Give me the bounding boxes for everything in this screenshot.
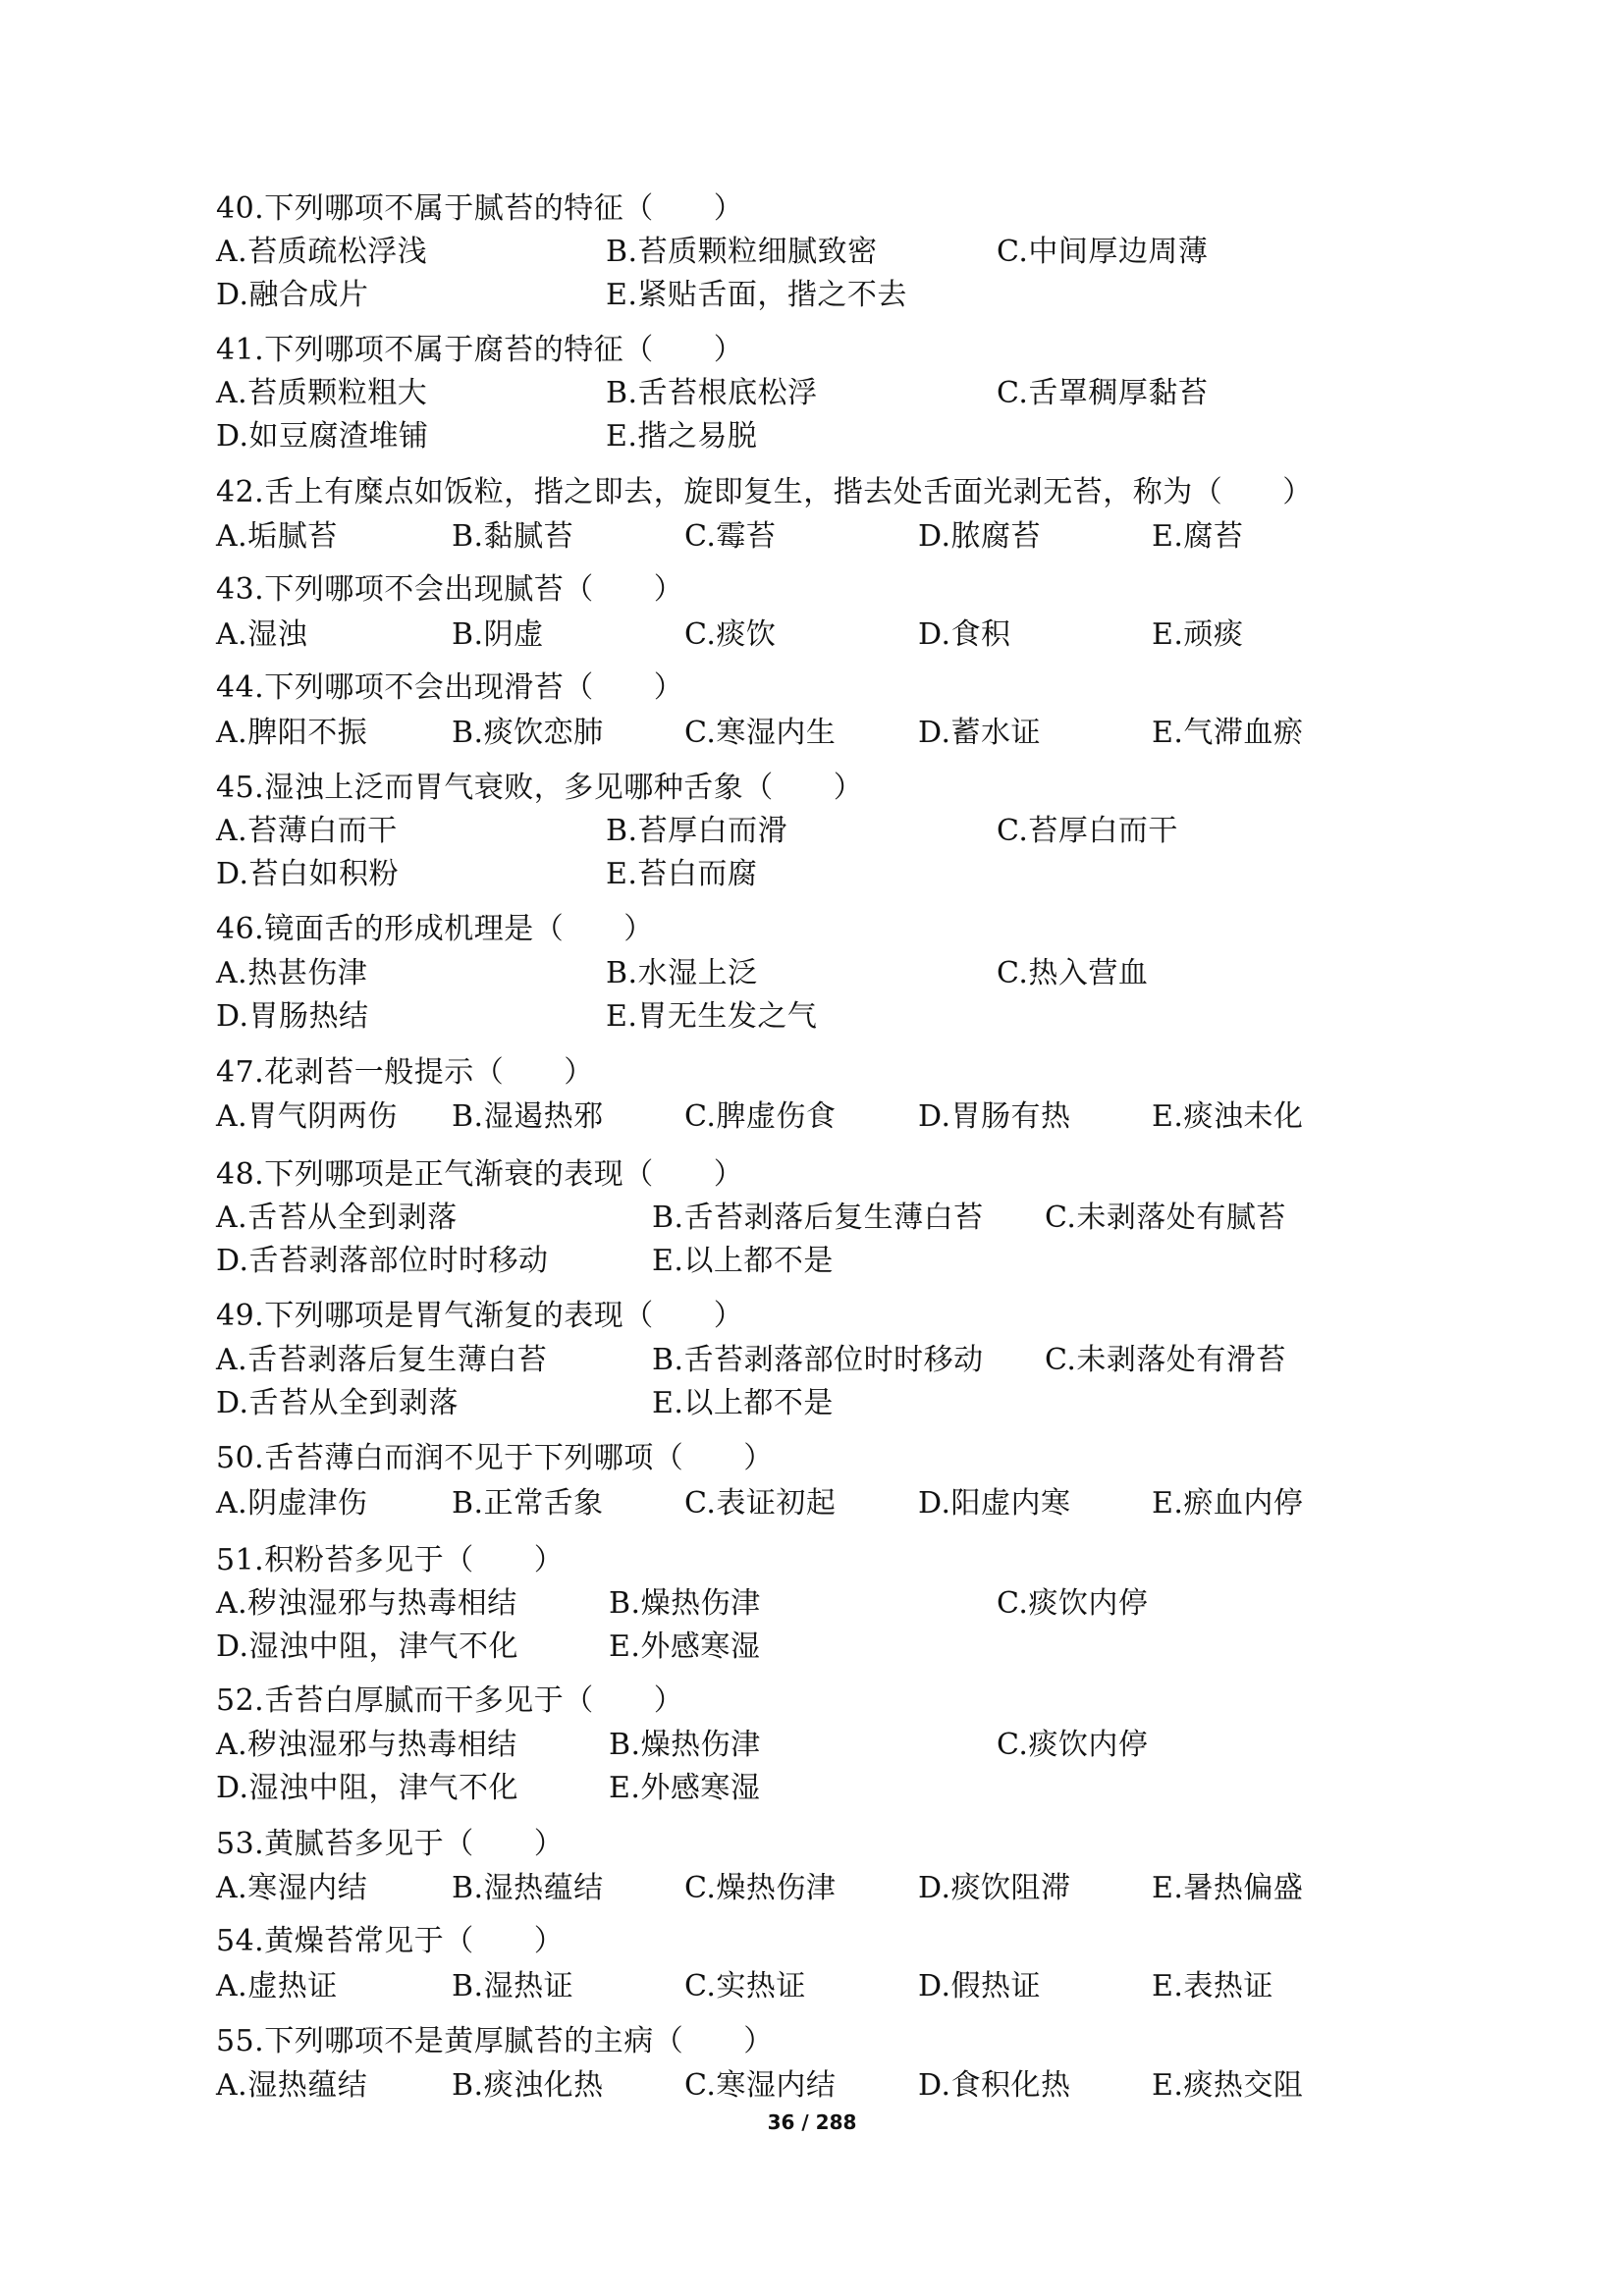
question-stem: 54.黄燥苔常见于（ ） bbox=[216, 1922, 564, 1961]
option-c[interactable]: C.表证初起 bbox=[684, 1484, 836, 1523]
option-d[interactable]: D.蓄水证 bbox=[918, 714, 1041, 753]
option-d[interactable]: D.湿浊中阻，津气不化 bbox=[216, 1769, 518, 1808]
option-d[interactable]: D.舌苔从全到剥落 bbox=[216, 1384, 459, 1423]
option-c[interactable]: C.霉苔 bbox=[684, 517, 776, 557]
option-a[interactable]: A.湿浊 bbox=[216, 615, 307, 655]
option-e[interactable]: E.以上都不是 bbox=[652, 1384, 834, 1423]
option-d[interactable]: D.胃肠热结 bbox=[216, 997, 369, 1037]
option-a[interactable]: A.秽浊湿邪与热毒相结 bbox=[216, 1726, 517, 1765]
option-c[interactable]: C.痰饮内停 bbox=[997, 1726, 1148, 1765]
option-e[interactable]: E.瘀血内停 bbox=[1152, 1484, 1303, 1523]
option-a[interactable]: A.苔质颗粒粗大 bbox=[216, 374, 427, 413]
question-stem: 44.下列哪项不会出现滑苔（ ） bbox=[216, 668, 683, 708]
question-stem: 47.花剥苔一般提示（ ） bbox=[216, 1053, 594, 1093]
option-d[interactable]: D.食积 bbox=[918, 615, 1011, 655]
option-b[interactable]: B.燥热伤津 bbox=[609, 1584, 761, 1624]
question-stem: 42.舌上有糜点如饭粒，揩之即去，旋即复生，揩去处舌面光剥无苔，称为（ ） bbox=[216, 473, 1313, 512]
option-e[interactable]: E.以上都不是 bbox=[652, 1242, 834, 1281]
option-c[interactable]: C.舌罩稠厚黏苔 bbox=[997, 374, 1208, 413]
option-c[interactable]: C.痰饮 bbox=[684, 615, 776, 655]
option-b[interactable]: B.黏腻苔 bbox=[452, 517, 573, 557]
option-b[interactable]: B.痰饮恋肺 bbox=[452, 714, 604, 753]
option-d[interactable]: D.如豆腐渣堆铺 bbox=[216, 417, 429, 456]
option-b[interactable]: B.舌苔剥落部位时时移动 bbox=[652, 1341, 984, 1380]
page-indicator: 36 / 288 bbox=[0, 2110, 1624, 2134]
option-d[interactable]: D.痰饮阻滞 bbox=[918, 1869, 1071, 1908]
option-e[interactable]: E.揩之易脱 bbox=[606, 417, 757, 456]
option-a[interactable]: A.寒湿内结 bbox=[216, 1869, 367, 1908]
option-e[interactable]: E.痰浊未化 bbox=[1152, 1097, 1303, 1137]
option-e[interactable]: E.外感寒湿 bbox=[609, 1769, 760, 1808]
option-b[interactable]: B.湿热证 bbox=[452, 1967, 573, 2006]
option-b[interactable]: B.痰浊化热 bbox=[452, 2066, 604, 2106]
question-stem: 50.舌苔薄白而润不见于下列哪项（ ） bbox=[216, 1439, 774, 1478]
option-a[interactable]: A.虚热证 bbox=[216, 1967, 338, 2006]
question-stem: 43.下列哪项不会出现腻苔（ ） bbox=[216, 570, 683, 610]
option-e[interactable]: E.表热证 bbox=[1152, 1967, 1273, 2006]
option-b[interactable]: B.舌苔根底松浮 bbox=[606, 374, 818, 413]
question-stem: 51.积粉苔多见于（ ） bbox=[216, 1541, 564, 1580]
option-b[interactable]: B.阴虚 bbox=[452, 615, 544, 655]
option-d[interactable]: D.苔白如积粉 bbox=[216, 855, 399, 894]
option-c[interactable]: C.痰饮内停 bbox=[997, 1584, 1148, 1624]
option-b[interactable]: B.燥热伤津 bbox=[609, 1726, 761, 1765]
option-b[interactable]: B.苔厚白而滑 bbox=[606, 812, 787, 851]
option-a[interactable]: A.舌苔从全到剥落 bbox=[216, 1199, 458, 1238]
option-c[interactable]: C.未剥落处有腻苔 bbox=[1045, 1199, 1286, 1238]
option-c[interactable]: C.苔厚白而干 bbox=[997, 812, 1178, 851]
option-d[interactable]: D.脓腐苔 bbox=[918, 517, 1041, 557]
option-d[interactable]: D.舌苔剥落部位时时移动 bbox=[216, 1242, 549, 1281]
option-b[interactable]: B.苔质颗粒细腻致密 bbox=[606, 233, 878, 272]
option-e[interactable]: E.气滞血瘀 bbox=[1152, 714, 1303, 753]
option-e[interactable]: E.顽痰 bbox=[1152, 615, 1243, 655]
option-d[interactable]: D.融合成片 bbox=[216, 276, 369, 315]
document-page: 40.下列哪项不属于腻苔的特征（ ） A.苔质疏松浮浅 B.苔质颗粒细腻致密 C… bbox=[0, 0, 1624, 2296]
option-b[interactable]: B.湿热蕴结 bbox=[452, 1869, 604, 1908]
option-a[interactable]: A.苔薄白而干 bbox=[216, 812, 398, 851]
option-a[interactable]: A.脾阳不振 bbox=[216, 714, 367, 753]
option-c[interactable]: C.热入营血 bbox=[997, 954, 1148, 993]
option-a[interactable]: A.阴虚津伤 bbox=[216, 1484, 367, 1523]
option-c[interactable]: C.寒湿内生 bbox=[684, 714, 836, 753]
option-c[interactable]: C.脾虚伤食 bbox=[684, 1097, 836, 1137]
option-e[interactable]: E.胃无生发之气 bbox=[606, 997, 817, 1037]
option-e[interactable]: E.腐苔 bbox=[1152, 517, 1243, 557]
option-d[interactable]: D.食积化热 bbox=[918, 2066, 1071, 2106]
option-a[interactable]: A.秽浊湿邪与热毒相结 bbox=[216, 1584, 517, 1624]
question-stem: 53.黄腻苔多见于（ ） bbox=[216, 1825, 564, 1864]
option-a[interactable]: A.舌苔剥落后复生薄白苔 bbox=[216, 1341, 547, 1380]
option-a[interactable]: A.胃气阴两伤 bbox=[216, 1097, 398, 1137]
option-a[interactable]: A.湿热蕴结 bbox=[216, 2066, 367, 2106]
question-stem: 49.下列哪项是胃气渐复的表现（ ） bbox=[216, 1297, 743, 1336]
option-b[interactable]: B.正常舌象 bbox=[452, 1484, 604, 1523]
option-e[interactable]: E.痰热交阻 bbox=[1152, 2066, 1303, 2106]
question-stem: 40.下列哪项不属于腻苔的特征（ ） bbox=[216, 189, 743, 229]
option-d[interactable]: D.胃肠有热 bbox=[918, 1097, 1071, 1137]
option-c[interactable]: C.实热证 bbox=[684, 1967, 806, 2006]
option-a[interactable]: A.垢腻苔 bbox=[216, 517, 338, 557]
question-stem: 55.下列哪项不是黄厚腻苔的主病（ ） bbox=[216, 2022, 774, 2061]
option-e[interactable]: E.外感寒湿 bbox=[609, 1628, 760, 1667]
option-d[interactable]: D.假热证 bbox=[918, 1967, 1041, 2006]
option-c[interactable]: C.中间厚边周薄 bbox=[997, 233, 1208, 272]
question-stem: 52.舌苔白厚腻而干多见于（ ） bbox=[216, 1682, 683, 1721]
option-e[interactable]: E.暑热偏盛 bbox=[1152, 1869, 1303, 1908]
question-stem: 41.下列哪项不属于腐苔的特征（ ） bbox=[216, 331, 743, 370]
option-c[interactable]: C.未剥落处有滑苔 bbox=[1045, 1341, 1286, 1380]
option-c[interactable]: C.寒湿内结 bbox=[684, 2066, 836, 2106]
option-b[interactable]: B.舌苔剥落后复生薄白苔 bbox=[652, 1199, 984, 1238]
question-stem: 48.下列哪项是正气渐衰的表现（ ） bbox=[216, 1155, 743, 1195]
question-stem: 46.镜面舌的形成机理是（ ） bbox=[216, 910, 654, 949]
question-stem: 45.湿浊上泛而胃气衰败，多见哪种舌象（ ） bbox=[216, 769, 863, 808]
option-d[interactable]: D.湿浊中阻，津气不化 bbox=[216, 1628, 518, 1667]
option-b[interactable]: B.湿遏热邪 bbox=[452, 1097, 604, 1137]
option-a[interactable]: A.苔质疏松浮浅 bbox=[216, 233, 427, 272]
option-e[interactable]: E.苔白而腐 bbox=[606, 855, 757, 894]
option-b[interactable]: B.水湿上泛 bbox=[606, 954, 758, 993]
option-e[interactable]: E.紧贴舌面，揩之不去 bbox=[606, 276, 907, 315]
option-a[interactable]: A.热甚伤津 bbox=[216, 954, 367, 993]
option-d[interactable]: D.阳虚内寒 bbox=[918, 1484, 1071, 1523]
option-c[interactable]: C.燥热伤津 bbox=[684, 1869, 836, 1908]
